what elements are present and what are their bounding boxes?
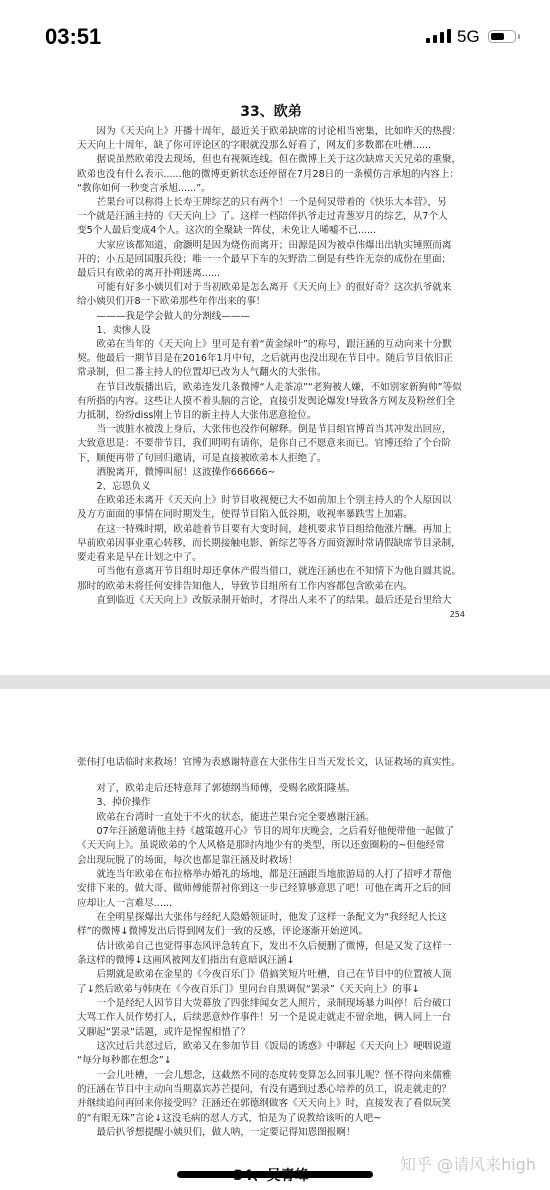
text-line: 在这一特殊时期，欧弟趁着节目要有大变时间，趁机要求节目组给他涨片酬。再加上 (77, 523, 469, 537)
text-line: 大致意思是：不要带节目，我们明明有请你，是你自己不愿意来而已。官博还给了个台阶 (77, 437, 469, 451)
text-line: 可能有好多小姨贝们对于当初欧弟是怎么离开《天天向上》的很好奇？这次扒爷就来 (77, 281, 469, 295)
text-line: 并继续追问再回来你接受吗？汪涵还在郭德纲做客《天天向上》时，直接发表了看似玩笑 (77, 1097, 469, 1111)
text-line: 早前欧弟因事业重心转移，而长期接触电影、新综艺等各方面资源时常请假缺席节目录制， (77, 537, 469, 551)
text-line: 应却让人一言难尽...... (77, 897, 469, 911)
text-line: 可当他有意离开节目组时却还拿休产假当借口，就连汪涵也在不知情下为他自圆其说。 (77, 565, 469, 579)
text-line: 要走看来是早在计划之中了。 (77, 551, 469, 565)
page-2-body: 对了，欧弟走后还特意拜了郭德纲当师傅，受赐名欧阳隆基。 3、掉价操作 欧弟在台湾… (77, 782, 469, 1140)
text-line: 在欧弟还未离开《天天向上》时节目收视便已大不如前加上个别主持人的个人原因以 (77, 494, 469, 508)
text-line: 就连当年欧弟在布拉格举办婚礼的场地，都是汪涵跟当地旅游局的人打了招呼才帮他 (77, 868, 469, 882)
text-line: 及方方面面的事情在同时期发生，使得节目陷入低谷期，收视率暴跌雪上加霜。 (77, 508, 469, 522)
text-line: 这次过后共怼过后，欧弟又在参加节目《饭局的诱惑》中聊起《天天向上》哽咽说道 (77, 1040, 469, 1054)
page-1-body: 因为《天天向上》开播十周年，最近关于欧弟缺席的讨论相当密集，比如昨天的热搜： 天… (77, 125, 469, 608)
text-line: 变5个人最后变成4个人。这次的全聚缺一阵仗，未免让人唏嘘不已...... (77, 224, 469, 238)
text-line: 的汪涵在节目中主动向当期嘉宾苏芒提问，有没有遇到过悉心培养的员工，说走就走的？ (77, 1083, 469, 1097)
text-line: 欧弟在当年的《天天向上》里可是有着“黄金绿叶”的称号，跟汪涵的互动向来十分默 (77, 338, 469, 352)
text-line: 又聊起“罢录”话题，或许是惺惺相惜了？ (77, 1026, 469, 1040)
text-line: 在全明星探爆出大张伟与经纪人隐婚领证时，他发了这样一条配文为“我经纪人长这 (77, 911, 469, 925)
text-line: 后期就是欧弟在金星的《今夜百乐门》借搞笑短片吐槽，自己在节目中的位置被人顶 (77, 968, 469, 982)
text-line: 一个就是汪涵主持的《天天向上》了。这样一档陪伴扒爷走过青葱岁月的综艺，从7个人 (77, 210, 469, 224)
page-separator (0, 675, 550, 689)
section-heading: 1、卖惨人设 (77, 324, 469, 338)
text-line: 当一波脏水被泼上身后，大张伟也没作何解释。倒是节目组官博首当其冲发出回应， (77, 423, 469, 437)
text-line: 下，顺便再带了句回归邀请，可是直接被欧弟本人拒绝了。 (77, 452, 469, 466)
text-line: 欧弟也没有什么表示......他的微博更新状态还停留在7月28日的一条模仿言承旭… (77, 168, 469, 182)
text-line: 一会儿吐槽，一会儿想念，这截然不同的态度转变算怎么回事儿呢？怪不得向来儒雅 (77, 1069, 469, 1083)
text-line: 对了，欧弟走后还特意拜了郭德纲当师傅，受赐名欧阳隆基。 (77, 782, 469, 796)
text-line: 天天向上十周年，缺了你可评论区的字眼就没那么好看了，网友们多数都在吐槽.....… (77, 139, 469, 153)
text-line: 在节目改版播出后，欧弟连发几条微博“人走茶凉”“老狗被人嫌，不如别家新狗帅”等似 (77, 381, 469, 395)
text-line: 样”的微博↓微博发出后得到网友们一致的反感，评论逐渐开始逆风。 (77, 925, 469, 939)
text-line: 常录制，但二番主持人的位置却已改为人气翻火的大张伟。 (77, 366, 469, 380)
text-line: “每分每秒都在想念”↓ (77, 1054, 469, 1068)
text-line: 的“有眼无珠”言论↓这没毛病的怼人方式，怕是为了说教给该听的人吧~ (77, 1112, 469, 1126)
text-line: 芒果台可以称得上长寿王牌综艺的只有两个！一个是何炅带着的《快乐大本营》，另 (77, 196, 469, 210)
section-divider-text: ———我是学会做人的分割线——— (77, 310, 469, 324)
text-line: 有所指的内容。这些让人摸不着头脑的言论，直接引发舆论爆发!导致各方网友及粉丝们全 (77, 395, 469, 409)
text-line: 安排下来的。做大哥、做师傅能帮衬你到这一步已经算够意思了吧！可他在离开之后的回 (77, 882, 469, 896)
text-line: 一个是经纪人因节目大荧幕放了四张绯闻女艺人照片，录制现场暴力叫停！后台破口 (77, 997, 469, 1011)
text-line: 大骂工作人员作势打人，后续恶意炒作事件！另一个是说走就走不留余地，俩人同上一台 (77, 1011, 469, 1025)
text-line: “教你如何一秒变言承旭......”。 (77, 182, 469, 196)
text-line: 洒脱离开，微博叫屈！这波操作666666~ (77, 466, 469, 480)
section-heading: 2、忘恩负义 (77, 480, 469, 494)
text-line: 开的；小五是回国服兵役；唯一一个最早下车的矢野浩二倒是有些许无奈的成份在里面； (77, 253, 469, 267)
text-line: 给小姨贝们开8一下欧弟那些年作出来的事！ (77, 295, 469, 309)
page-2-lead: 张伟打电话临时来救场！官博为表感谢特意在大张伟生日当天发长文，认证救场的真实性。 (77, 756, 469, 770)
text-line: 据说虽然欧弟没去现场，但也有视频连线。但在微博上关于这次缺席天天兄弟的重聚， (77, 153, 469, 167)
text-line: 《天天向上》。虽说欧弟的个人风格是那时内地少有的类型，所以还蛮圈粉的~但他经常 (77, 839, 469, 853)
text-line: 条这样的微博↓这画风被网友们指出有意暗讽汪涵↓ (77, 954, 469, 968)
text-line: 估计欧弟自己也觉得事态风评急转直下，发出不久后便删了微博，但是又发了这样一 (77, 940, 469, 954)
zhihu-watermark: 知乎 @请风来high (400, 1156, 536, 1174)
text-line: 力抵制，纷纷diss刚上节目的新主持人大张伟恶意抢位。 (77, 409, 469, 423)
text-line: 契。他最后一期节目是在2016年1月中旬，之后就再也没出现在节目中。随后节目依旧… (77, 352, 469, 366)
document-viewer-scroll-area[interactable]: 33、欧弟 因为《天天向上》开播十周年，最近关于欧弟缺席的讨论相当密集，比如昨天… (0, 0, 550, 1190)
page-number: 254 (450, 610, 465, 620)
text-line: 会出现玩脱了的场面，每次也都是靠汪涵及时救场！ (77, 854, 469, 868)
text-line: 直到临近《天天向上》改版录制开始时，才得出人来不了的结果。最后还是台里给大 (77, 594, 469, 608)
text-line: 那时的欧弟未将任何安排告知他人，导致节目组所有工作内容都包含欧弟在内。 (77, 580, 469, 594)
chapter-title: 33、欧弟 (77, 104, 465, 120)
text-line: 张伟打电话临时来救场！官博为表感谢特意在大张伟生日当天发长文，认证救场的真实性。 (77, 756, 469, 770)
text-line: 了↓然后欧弟与韩庚在《今夜百乐门》里同台自黑调侃“罢录”《天天向上》的事↓ (77, 983, 469, 997)
text-line: 大家应该都知道，俞灏明是因为烧伤而离开；田源是因为被卓伟爆出出轨实锤照而离 (77, 239, 469, 253)
section-heading: 3、掉价操作 (77, 796, 469, 810)
text-line: 因为《天天向上》开播十周年，最近关于欧弟缺席的讨论相当密集，比如昨天的热搜： (77, 125, 469, 139)
text-line: 最后只有欧弟的离开扑朔迷离...... (77, 267, 469, 281)
text-line: 欧弟在台湾时一直处于不火的状态，能进芒果台完全要感谢汪涵。 (77, 811, 469, 825)
text-line: 07年汪涵邀请他主持《越策越开心》节目的周年庆晚会，之后看好他便带他一起做了 (77, 825, 469, 839)
home-indicator-bar[interactable] (177, 1171, 373, 1178)
text-line: 最后扒爷想提醒小姨贝们，做人呐，一定要记得知恩图报啊！ (77, 1126, 469, 1140)
